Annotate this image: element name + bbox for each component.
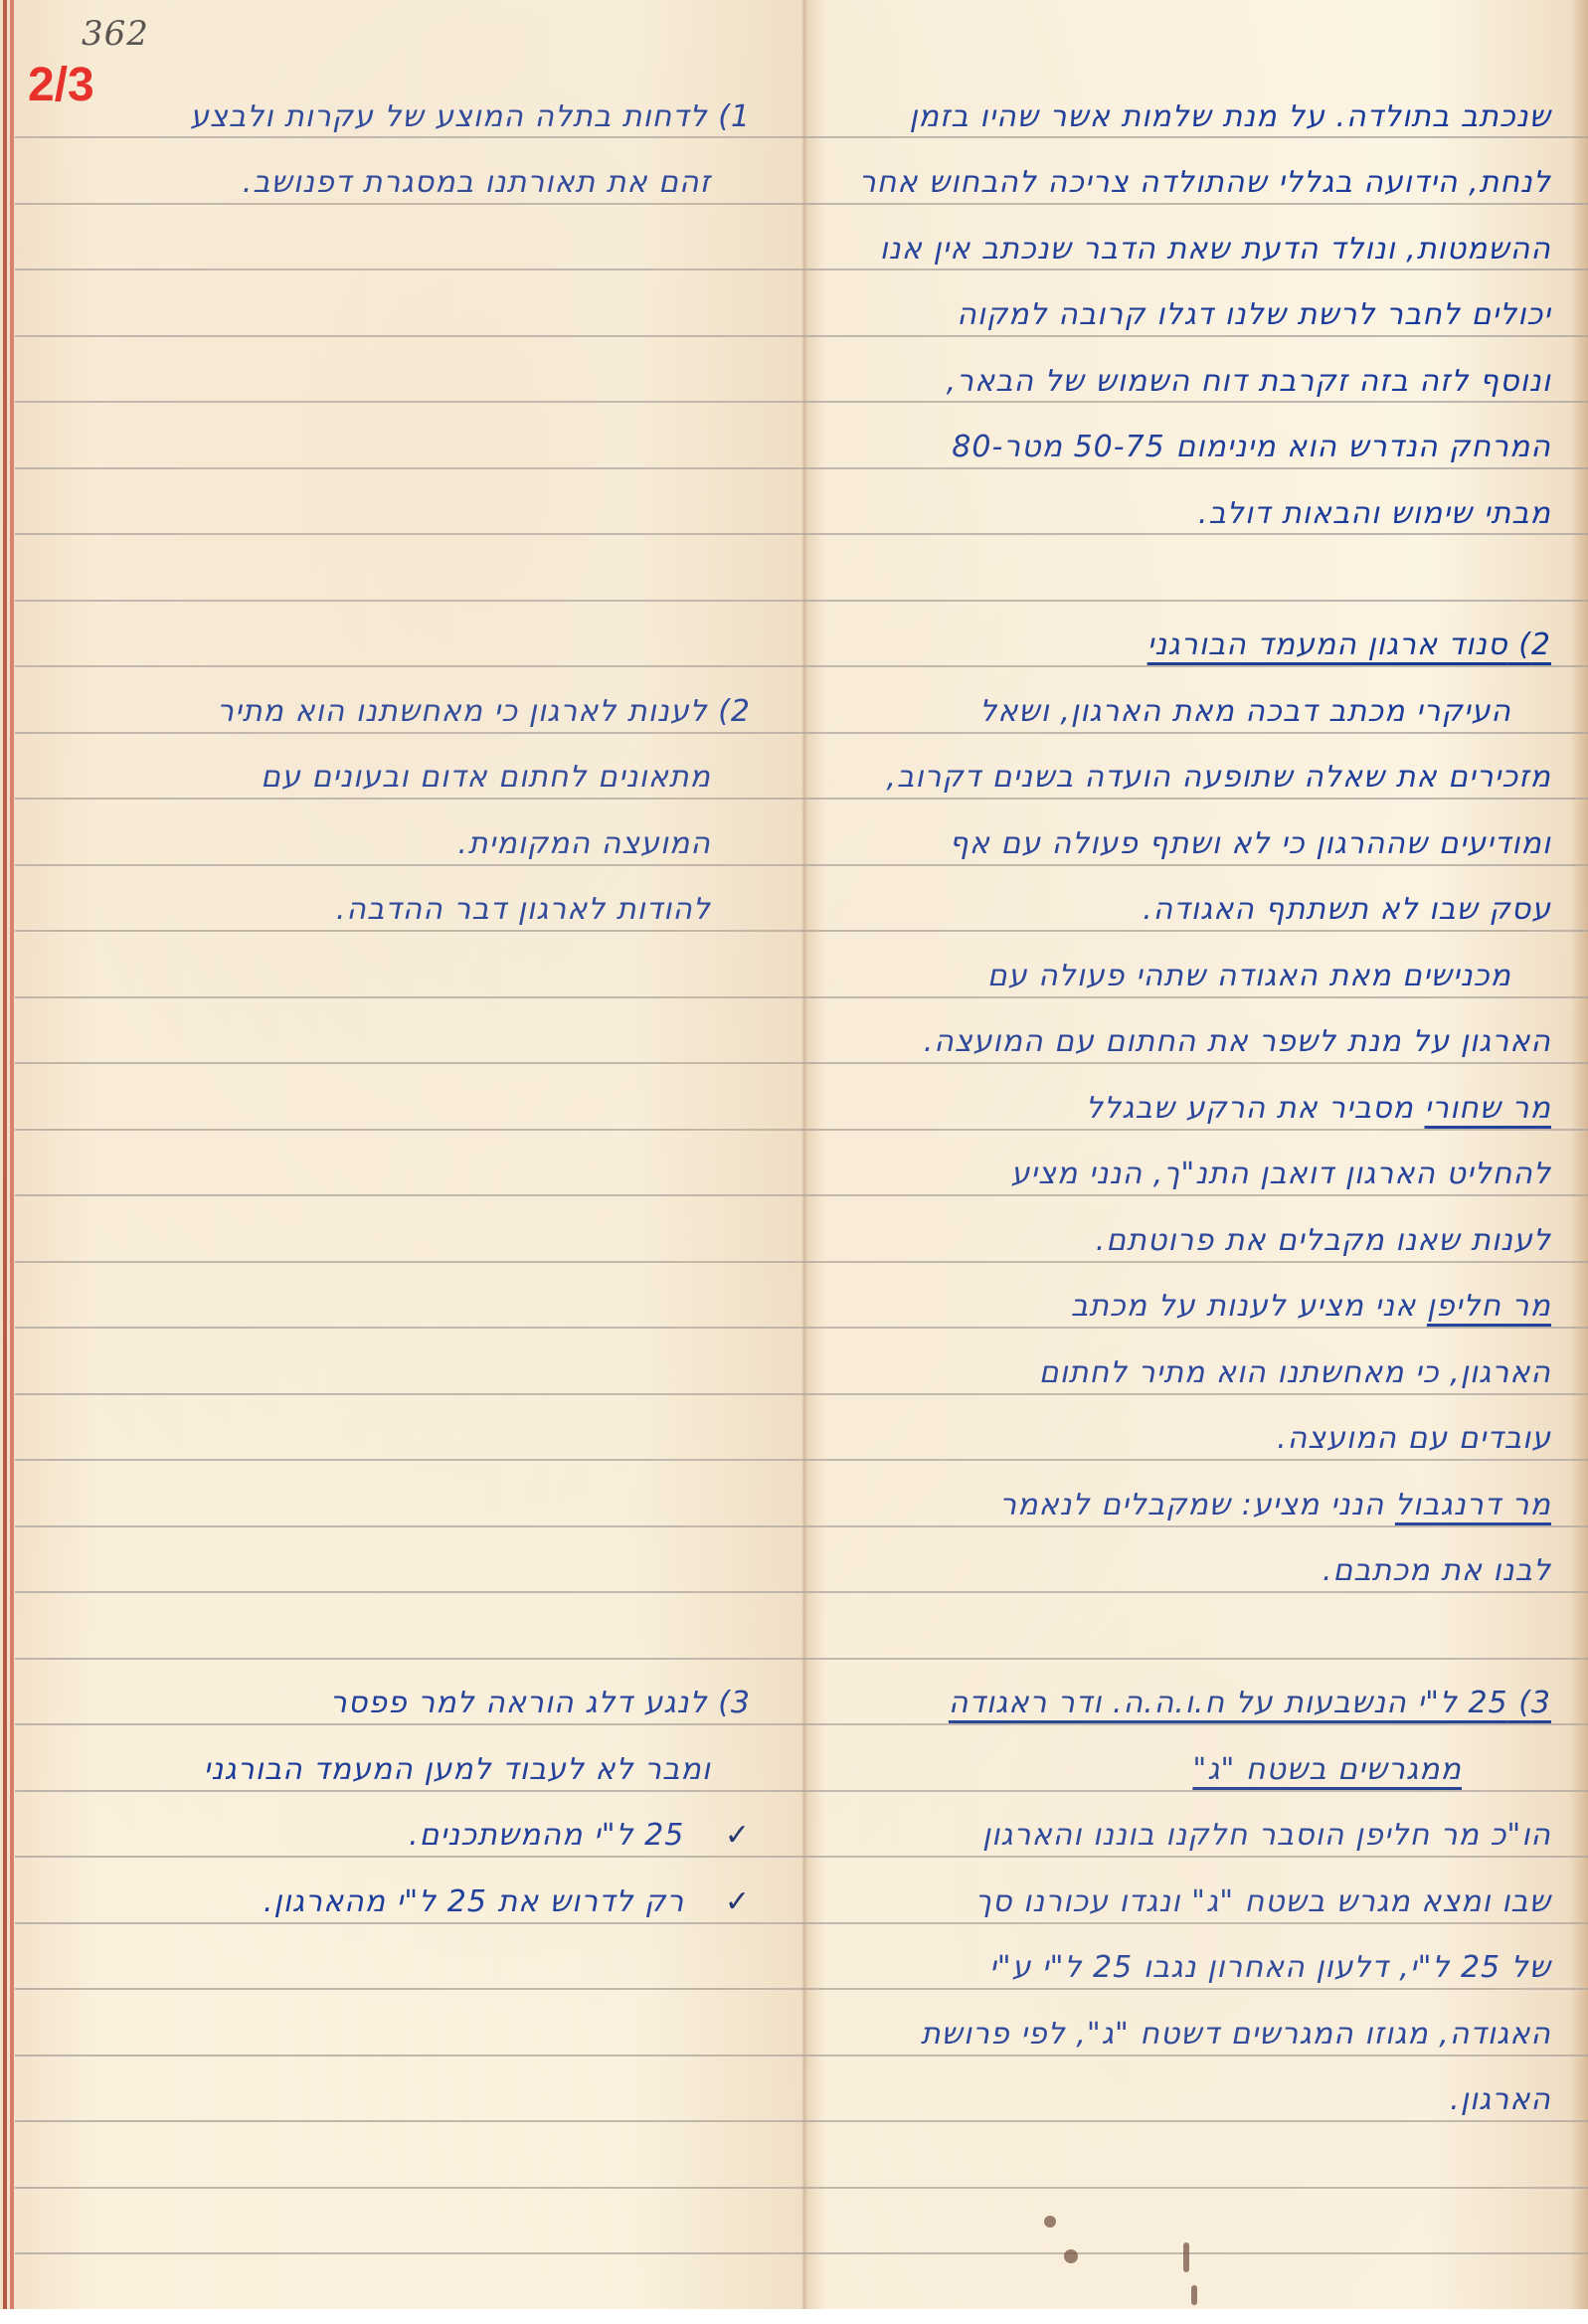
section-title: סנוד ארגון המעמד הבורגני (1147, 627, 1508, 662)
text-line: להודות לארגון דבר ההדבה. (336, 890, 711, 930)
resolution-number: 2 (731, 694, 751, 729)
text-line: ההשמטות, ונולד הדעת שאת הדבר שנכתב אין א… (880, 230, 1551, 269)
margin-rule (10, 0, 14, 2309)
ink-stain (1064, 2249, 1078, 2263)
resolution-text: 25 ל"י מהמשתכנים. (409, 1818, 684, 1853)
text-line: ונוסף לזה בזה זקרבת דוח השמוש של הבאר, (947, 362, 1551, 402)
text-line: הארגון, כי מאחשתנו הוא מתיר לחתום (1039, 1353, 1551, 1393)
section-2-heading: 2) סנוד ארגון המעמד הבורגני (1147, 626, 1551, 665)
text-line: שבו ומצא מגרש בשטח "ג" ונגדו עכורנו סך (975, 1882, 1551, 1922)
text-line: לענות שאנו מקבלים את פרוטתם. (1096, 1221, 1551, 1261)
text-line: להחליט הארגון דואבן התנ"ך, הנני מציע (1011, 1155, 1551, 1194)
left-column: 1) לדחות בתלה המוצע של עקרות ולבצע זהם א… (40, 0, 751, 2309)
section-3-heading: 3) 25 ל"י הנשבעות על ח.ו.ה.ה. ודר ראגודה (949, 1684, 1551, 1723)
speaker-name: מר חליפן (1427, 1289, 1551, 1324)
section-title: 25 ל"י הנשבעות על ח.ו.ה.ה. ודר ראגודה (949, 1686, 1508, 1720)
resolution-text: לענות לארגון כי מאחשתנו הוא מתיר (217, 694, 707, 729)
text-line: ומבר לא לעבוד למען המעמד הבורגני (204, 1750, 711, 1790)
section-3-heading-cont: ממגרשים בשטח "ג" (1192, 1750, 1462, 1790)
margin-rule (3, 0, 7, 2309)
notebook-page: 362 2/3 שנכתב בתולדה. על מנת שלמות אשר ש… (0, 0, 1588, 2309)
text-line: המועצה המקומית. (457, 824, 711, 864)
speaker-text: אני מציע לענות על מכתב (1071, 1289, 1416, 1324)
resolution-text: לדחות בתלה המוצע של עקרות ולבצע (190, 99, 707, 134)
section-number: 2 (1531, 627, 1551, 662)
text-line: של 25 ל"י, דלעון האחרון נגבו 25 ל"י ע"י (989, 1948, 1551, 1988)
speaker-text: הנני מציע: שמקבלים לנאמר (999, 1488, 1384, 1522)
text-line: שנכתב בתולדה. על מנת שלמות אשר שהיו בזמן (909, 97, 1551, 137)
resolution-text: רק לדרוש את 25 ל"י מהארגון. (264, 1884, 684, 1919)
text-line: מכנישים מאת האגודה שתהי פעולה עם (987, 957, 1511, 996)
text-line: לנחת, הידועה בגללי שהתולדה צריכה להבחוש … (859, 163, 1551, 203)
text-line: זהם את תאורתנו במסגרת דפנושב. (243, 163, 711, 203)
text-line: מתאונים לחתום אדום ובעונים עם (261, 758, 711, 798)
text-line: המרחק הנדרש הוא מינימום 50-75 מטר-80 (952, 428, 1551, 467)
text-line: הארגון על מנת לשפר את החתום עם המועצה. (924, 1022, 1551, 1062)
resolution-1: 1) לדחות בתלה המוצע של עקרות ולבצע (190, 97, 751, 137)
ink-stain (1191, 2285, 1197, 2305)
text-line: ומודיעים שההרגון כי לא ושתף פעולה עם אף (950, 824, 1551, 864)
resolution-number: 3 (731, 1686, 751, 1720)
checked-line: ✓ 25 ל"י מהמשתכנים. (409, 1816, 751, 1856)
speaker-name: מר שחורי (1424, 1091, 1551, 1126)
section-number: 3 (1531, 1686, 1551, 1720)
text-line: הארגון. (1450, 2080, 1551, 2120)
checkmark-icon: ✓ (725, 1884, 751, 1919)
text-line: עובדים עם המועצה. (1277, 1419, 1551, 1459)
speaker-line: מר דרנגבול הנני מציע: שמקבלים לנאמר (999, 1486, 1551, 1525)
text-line: יכולים לחבר לרשת שלנו דגלו קרובה למקוה (957, 295, 1551, 335)
resolution-2: 2) לענות לארגון כי מאחשתנו הוא מתיר (217, 692, 751, 732)
right-column: שנכתב בתולדה. על מנת שלמות אשר שהיו בזמן… (815, 0, 1551, 2309)
ink-stain (1044, 2216, 1056, 2228)
speaker-name: מר דרנגבול (1395, 1488, 1551, 1522)
speaker-line: מר חליפן אני מציע לענות על מכתב (1071, 1287, 1551, 1327)
resolution-3: 3) לנגע דלג הוראה למר פפסר (330, 1684, 751, 1723)
text-line: מזכירים את שאלה שתופעה הועדה בשנים דקרוב… (887, 758, 1552, 798)
text-line: העיקרי מכתב דבכה מאת הארגון, ושאל (979, 692, 1511, 732)
text-line: לבנו את מכתבם. (1323, 1551, 1551, 1591)
checkmark-icon: ✓ (725, 1818, 751, 1853)
text-line: עסק שבו לא תשתתף האגודה. (1143, 890, 1551, 930)
speaker-line: מר שחורי מסביר את הרקע שבגלל (1086, 1089, 1551, 1129)
resolution-text: לנגע דלג הוראה למר פפסר (330, 1686, 708, 1720)
text-line: הו"כ מר חליפן הוסבר חלקנו בוננו והארגון (982, 1816, 1551, 1856)
resolution-number: 1 (731, 99, 751, 134)
ink-stain (1183, 2242, 1189, 2272)
column-fold (801, 0, 807, 2309)
checked-line: ✓ רק לדרוש את 25 ל"י מהארגון. (264, 1882, 751, 1922)
speaker-text: מסביר את הרקע שבגלל (1086, 1091, 1414, 1126)
page-edge (1570, 0, 1588, 2309)
text-line: האגודה, מגוזו המגרשים דשטח "ג", לפי פרוש… (921, 2015, 1551, 2055)
text-line: מבתי שימוש והבאות דולב. (1198, 494, 1551, 534)
